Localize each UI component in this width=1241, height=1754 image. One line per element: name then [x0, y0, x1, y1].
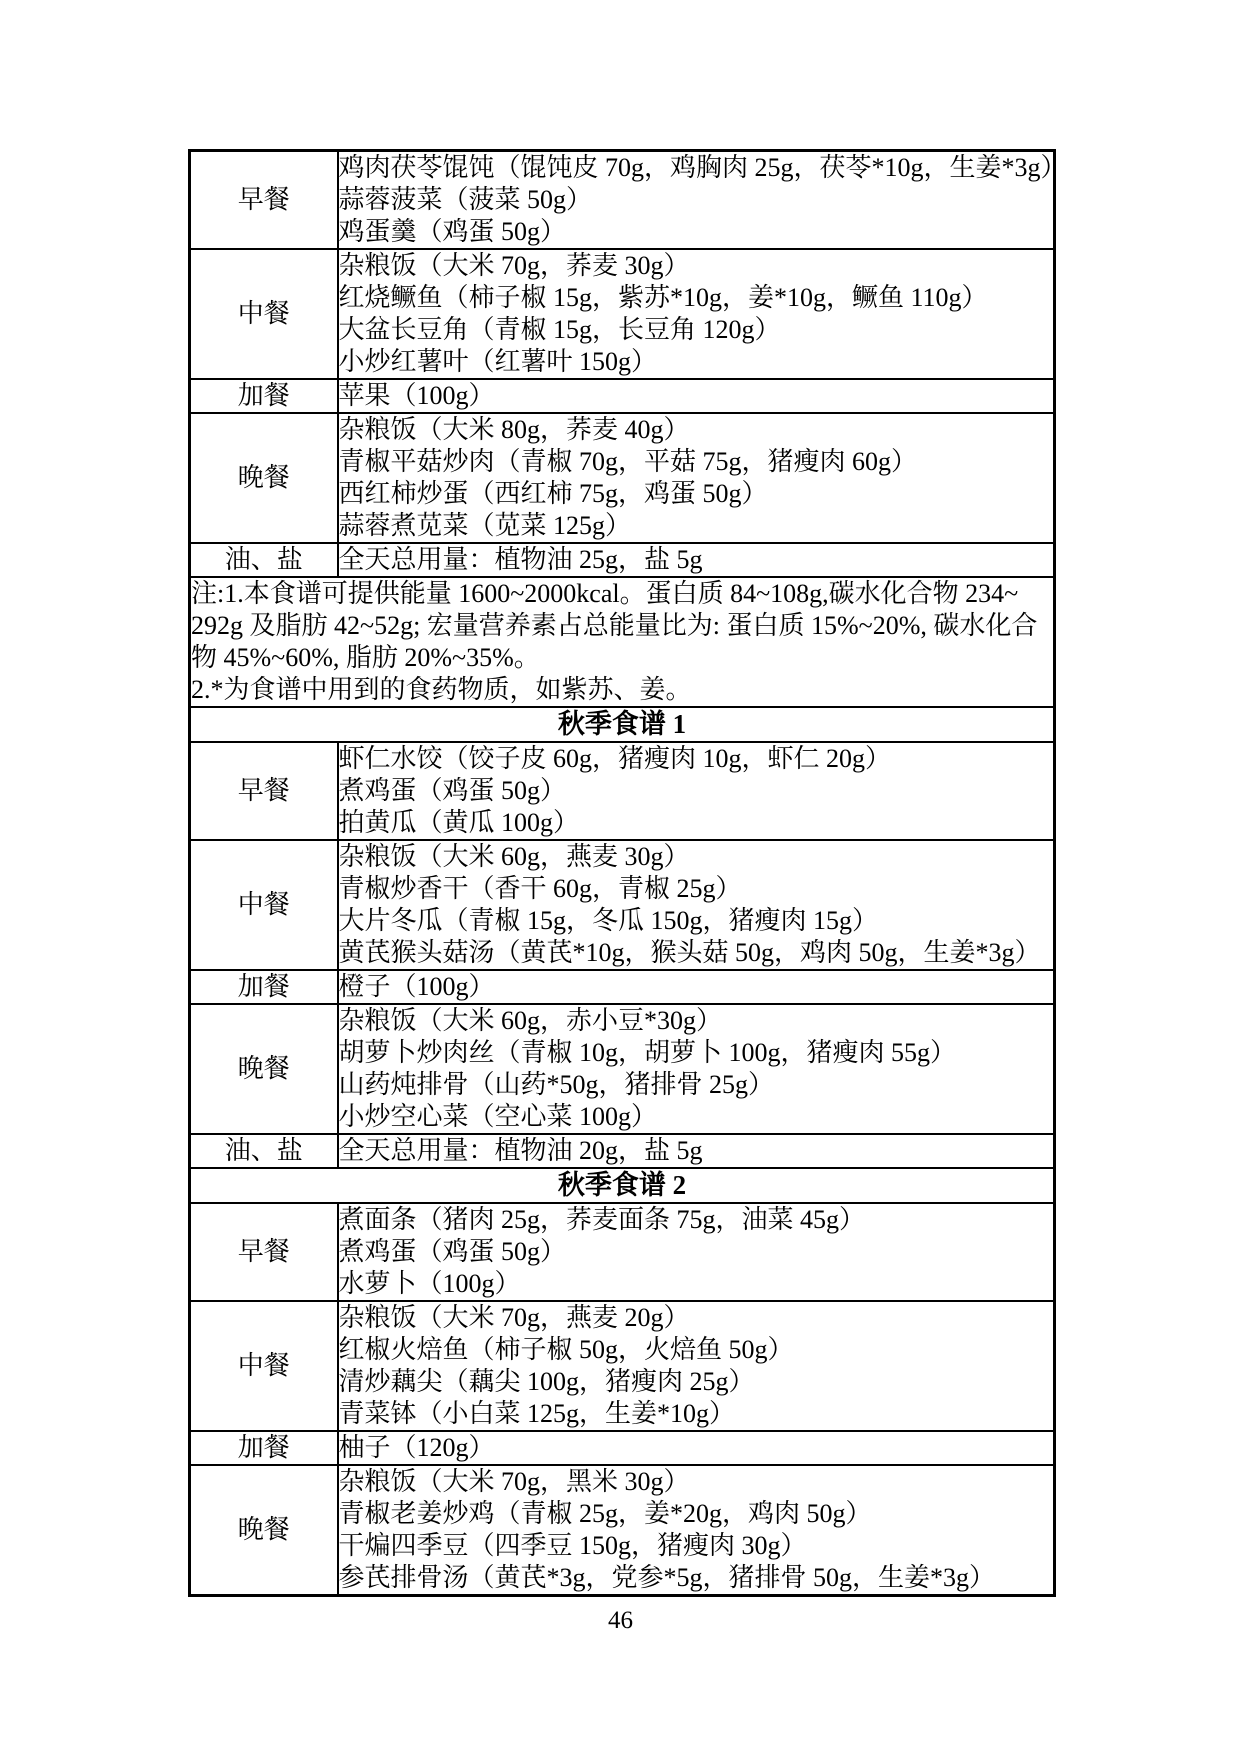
- meal-label: 早餐: [190, 742, 338, 840]
- meal-label: 早餐: [190, 151, 338, 250]
- meal-label: 加餐: [190, 379, 338, 413]
- section-header-row: 秋季食谱 2: [190, 1168, 1055, 1203]
- dish-line: 蒜蓉煮苋菜（苋菜 125g）: [339, 510, 1054, 542]
- dish-line: 小炒红薯叶（红薯叶 150g）: [339, 346, 1054, 378]
- meal-label: 晚餐: [190, 1465, 338, 1596]
- table-note: 注:1.本食谱可提供能量 1600~2000kcal。蛋白质 84~108g,碳…: [190, 577, 1055, 707]
- meal-dishes: 杂粮饭（大米 70g，荞麦 30g） 红烧鳜鱼（柿子椒 15g，紫苏*10g，姜…: [338, 249, 1055, 379]
- table-row: 中餐 杂粮饭（大米 60g，燕麦 30g） 青椒炒香干（香干 60g，青椒 25…: [190, 840, 1055, 970]
- meal-dishes: 煮面条（猪肉 25g，荞麦面条 75g，油菜 45g） 煮鸡蛋（鸡蛋 50g） …: [338, 1203, 1055, 1301]
- meal-dishes: 杂粮饭（大米 60g，赤小豆*30g） 胡萝卜炒肉丝（青椒 10g，胡萝卜 10…: [338, 1004, 1055, 1134]
- dish-line: 煮鸡蛋（鸡蛋 50g）: [339, 775, 1054, 807]
- section-title: 秋季食谱 1: [190, 707, 1055, 742]
- note-line: 292g 及脂肪 42~52g; 宏量营养素占总能量比为: 蛋白质 15%~20…: [191, 610, 1053, 642]
- dish-line: 胡萝卜炒肉丝（青椒 10g，胡萝卜 100g，猪瘦肉 55g）: [339, 1037, 1054, 1069]
- dish-line: 煮鸡蛋（鸡蛋 50g）: [339, 1236, 1054, 1268]
- meal-label: 加餐: [190, 1431, 338, 1465]
- dish-line: 苹果（100g）: [339, 380, 1054, 412]
- table-row: 早餐 虾仁水饺（饺子皮 60g，猪瘦肉 10g，虾仁 20g） 煮鸡蛋（鸡蛋 5…: [190, 742, 1055, 840]
- table-row: 加餐 柚子（120g）: [190, 1431, 1055, 1465]
- dish-line: 杂粮饭（大米 60g，燕麦 30g）: [339, 841, 1054, 873]
- dish-line: 杂粮饭（大米 60g，赤小豆*30g）: [339, 1005, 1054, 1037]
- meal-label: 加餐: [190, 970, 338, 1004]
- dish-line: 大片冬瓜（青椒 15g，冬瓜 150g，猪瘦肉 15g）: [339, 905, 1054, 937]
- meal-label: 中餐: [190, 1301, 338, 1431]
- table-row: 油、盐 全天总用量：植物油 25g，盐 5g: [190, 543, 1055, 577]
- meal-plan-table: 早餐 鸡肉茯苓馄饨（馄饨皮 70g，鸡胸肉 25g，茯苓*10g，生姜*3g） …: [188, 149, 1056, 1597]
- meal-dishes: 虾仁水饺（饺子皮 60g，猪瘦肉 10g，虾仁 20g） 煮鸡蛋（鸡蛋 50g）…: [338, 742, 1055, 840]
- dish-line: 虾仁水饺（饺子皮 60g，猪瘦肉 10g，虾仁 20g）: [339, 743, 1054, 775]
- meal-label: 早餐: [190, 1203, 338, 1301]
- dish-line: 红椒火焙鱼（柿子椒 50g，火焙鱼 50g）: [339, 1334, 1054, 1366]
- table-row: 中餐 杂粮饭（大米 70g，燕麦 20g） 红椒火焙鱼（柿子椒 50g，火焙鱼 …: [190, 1301, 1055, 1431]
- table-row: 晚餐 杂粮饭（大米 70g，黑米 30g） 青椒老姜炒鸡（青椒 25g，姜*20…: [190, 1465, 1055, 1596]
- dish-line: 参芪排骨汤（黄芪*3g，党参*5g，猪排骨 50g，生姜*3g）: [339, 1562, 1054, 1594]
- meal-dishes: 柚子（120g）: [338, 1431, 1055, 1465]
- note-line: 2.*为食谱中用到的食药物质，如紫苏、姜。: [191, 674, 1053, 706]
- dish-line: 全天总用量：植物油 20g，盐 5g: [339, 1135, 1054, 1167]
- meal-dishes: 鸡肉茯苓馄饨（馄饨皮 70g，鸡胸肉 25g，茯苓*10g，生姜*3g） 蒜蓉菠…: [338, 151, 1055, 250]
- dish-line: 青菜钵（小白菜 125g，生姜*10g）: [339, 1398, 1054, 1430]
- table-row: 中餐 杂粮饭（大米 70g，荞麦 30g） 红烧鳜鱼（柿子椒 15g，紫苏*10…: [190, 249, 1055, 379]
- dish-line: 红烧鳜鱼（柿子椒 15g，紫苏*10g，姜*10g，鳜鱼 110g）: [339, 282, 1054, 314]
- meal-dishes: 杂粮饭（大米 70g，燕麦 20g） 红椒火焙鱼（柿子椒 50g，火焙鱼 50g…: [338, 1301, 1055, 1431]
- meal-label: 油、盐: [190, 1134, 338, 1168]
- document-page: 早餐 鸡肉茯苓馄饨（馄饨皮 70g，鸡胸肉 25g，茯苓*10g，生姜*3g） …: [0, 0, 1241, 1754]
- section-header-row: 秋季食谱 1: [190, 707, 1055, 742]
- table-row: 晚餐 杂粮饭（大米 80g，荞麦 40g） 青椒平菇炒肉（青椒 70g，平菇 7…: [190, 413, 1055, 543]
- dish-line: 干煸四季豆（四季豆 150g，猪瘦肉 30g）: [339, 1530, 1054, 1562]
- meal-label: 晚餐: [190, 413, 338, 543]
- dish-line: 青椒炒香干（香干 60g，青椒 25g）: [339, 873, 1054, 905]
- note-line: 注:1.本食谱可提供能量 1600~2000kcal。蛋白质 84~108g,碳…: [191, 578, 1053, 610]
- dish-line: 煮面条（猪肉 25g，荞麦面条 75g，油菜 45g）: [339, 1204, 1054, 1236]
- dish-line: 青椒老姜炒鸡（青椒 25g，姜*20g，鸡肉 50g）: [339, 1498, 1054, 1530]
- dish-line: 鸡肉茯苓馄饨（馄饨皮 70g，鸡胸肉 25g，茯苓*10g，生姜*3g）: [339, 152, 1054, 184]
- note-row: 注:1.本食谱可提供能量 1600~2000kcal。蛋白质 84~108g,碳…: [190, 577, 1055, 707]
- dish-line: 大盆长豆角（青椒 15g，长豆角 120g）: [339, 314, 1054, 346]
- meal-dishes: 杂粮饭（大米 80g，荞麦 40g） 青椒平菇炒肉（青椒 70g，平菇 75g，…: [338, 413, 1055, 543]
- meal-dishes: 杂粮饭（大米 60g，燕麦 30g） 青椒炒香干（香干 60g，青椒 25g） …: [338, 840, 1055, 970]
- dish-line: 黄芪猴头菇汤（黄芪*10g，猴头菇 50g，鸡肉 50g，生姜*3g）: [339, 937, 1054, 969]
- meal-dishes: 苹果（100g）: [338, 379, 1055, 413]
- meal-label: 中餐: [190, 840, 338, 970]
- dish-line: 山药炖排骨（山药*50g，猪排骨 25g）: [339, 1069, 1054, 1101]
- note-line: 物 45%~60%, 脂肪 20%~35%。: [191, 642, 1053, 674]
- meal-label: 晚餐: [190, 1004, 338, 1134]
- meal-dishes: 全天总用量：植物油 25g，盐 5g: [338, 543, 1055, 577]
- dish-line: 杂粮饭（大米 70g，荞麦 30g）: [339, 250, 1054, 282]
- dish-line: 小炒空心菜（空心菜 100g）: [339, 1101, 1054, 1133]
- dish-line: 拍黄瓜（黄瓜 100g）: [339, 807, 1054, 839]
- table-row: 油、盐 全天总用量：植物油 20g，盐 5g: [190, 1134, 1055, 1168]
- section-title: 秋季食谱 2: [190, 1168, 1055, 1203]
- meal-dishes: 杂粮饭（大米 70g，黑米 30g） 青椒老姜炒鸡（青椒 25g，姜*20g，鸡…: [338, 1465, 1055, 1596]
- dish-line: 青椒平菇炒肉（青椒 70g，平菇 75g，猪瘦肉 60g）: [339, 446, 1054, 478]
- dish-line: 橙子（100g）: [339, 971, 1054, 1003]
- table-row: 早餐 鸡肉茯苓馄饨（馄饨皮 70g，鸡胸肉 25g，茯苓*10g，生姜*3g） …: [190, 151, 1055, 250]
- meal-dishes: 橙子（100g）: [338, 970, 1055, 1004]
- dish-line: 杂粮饭（大米 80g，荞麦 40g）: [339, 414, 1054, 446]
- dish-line: 清炒藕尖（藕尖 100g，猪瘦肉 25g）: [339, 1366, 1054, 1398]
- dish-line: 柚子（120g）: [339, 1432, 1054, 1464]
- meal-label: 中餐: [190, 249, 338, 379]
- table-row: 加餐 苹果（100g）: [190, 379, 1055, 413]
- dish-line: 水萝卜（100g）: [339, 1268, 1054, 1300]
- dish-line: 杂粮饭（大米 70g，燕麦 20g）: [339, 1302, 1054, 1334]
- dish-line: 蒜蓉菠菜（菠菜 50g）: [339, 184, 1054, 216]
- table-row: 早餐 煮面条（猪肉 25g，荞麦面条 75g，油菜 45g） 煮鸡蛋（鸡蛋 50…: [190, 1203, 1055, 1301]
- dish-line: 鸡蛋羹（鸡蛋 50g）: [339, 216, 1054, 248]
- meal-dishes: 全天总用量：植物油 20g，盐 5g: [338, 1134, 1055, 1168]
- table-row: 晚餐 杂粮饭（大米 60g，赤小豆*30g） 胡萝卜炒肉丝（青椒 10g，胡萝卜…: [190, 1004, 1055, 1134]
- meal-label: 油、盐: [190, 543, 338, 577]
- dish-line: 杂粮饭（大米 70g，黑米 30g）: [339, 1466, 1054, 1498]
- dish-line: 西红柿炒蛋（西红柿 75g，鸡蛋 50g）: [339, 478, 1054, 510]
- dish-line: 全天总用量：植物油 25g，盐 5g: [339, 544, 1054, 576]
- table-row: 加餐 橙子（100g）: [190, 970, 1055, 1004]
- page-number: 46: [0, 1606, 1241, 1636]
